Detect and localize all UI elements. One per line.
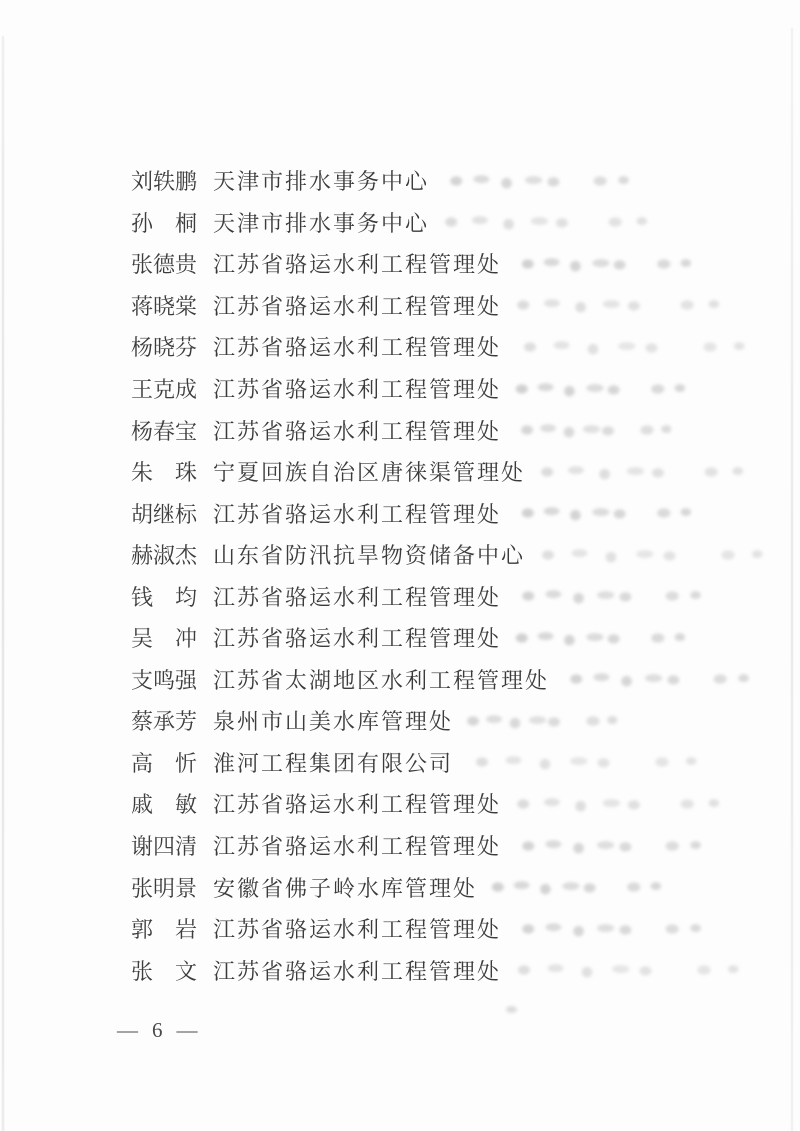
bleed-through-marks xyxy=(443,213,648,231)
person-org: 江苏省骆运水利工程管理处 xyxy=(213,373,501,404)
bleed-through-marks xyxy=(521,587,701,605)
roster-row: 王克成 江苏省骆运水利工程管理处 xyxy=(131,368,791,410)
bleed-through-marks xyxy=(449,172,629,190)
person-org: 江苏省骆运水利工程管理处 xyxy=(213,581,501,612)
bleed-through-marks xyxy=(491,878,661,896)
roster-row: 刘轶鹏 天津市排水事务中心 xyxy=(131,160,791,202)
bleed-through-marks xyxy=(569,670,749,688)
roster-row: 钱 均 江苏省骆运水利工程管理处 xyxy=(131,575,791,617)
person-name: 吴 冲 xyxy=(131,622,197,653)
person-name: 谢四清 xyxy=(131,830,197,861)
person-org: 宁夏回族自治区唐徕渠管理处 xyxy=(213,456,525,487)
bleed-through-marks xyxy=(521,504,691,522)
person-org: 山东省防汛抗旱物资储备中心 xyxy=(213,539,525,570)
scan-edge-right xyxy=(791,28,793,1131)
bleed-through-marks xyxy=(515,380,685,398)
roster-row: 郭 岩 江苏省骆运水利工程管理处 xyxy=(131,908,791,950)
footer-right-dash: — xyxy=(177,1018,198,1043)
bleed-through-marks xyxy=(515,629,685,647)
person-name: 胡继标 xyxy=(131,498,197,529)
roster-row: 杨春宝 江苏省骆运水利工程管理处 xyxy=(131,409,791,451)
person-org: 江苏省骆运水利工程管理处 xyxy=(213,622,501,653)
roster-row: 张明景 安徽省佛子岭水库管理处 xyxy=(131,866,791,908)
person-name: 赫淑杰 xyxy=(131,539,197,570)
roster-row: 杨晓芬 江苏省骆运水利工程管理处 xyxy=(131,326,791,368)
bleed-through-marks xyxy=(539,546,764,564)
roster-row: 孙 桐 天津市排水事务中心 xyxy=(131,202,791,244)
roster-row: 张 文 江苏省骆运水利工程管理处 xyxy=(131,949,791,991)
person-name: 张 文 xyxy=(131,955,197,986)
scan-edge-left xyxy=(2,36,4,1131)
person-org: 江苏省太湖地区水利工程管理处 xyxy=(213,664,549,695)
person-org: 江苏省骆运水利工程管理处 xyxy=(213,955,501,986)
person-name: 张明景 xyxy=(131,872,197,903)
page-number: 6 xyxy=(152,1018,163,1043)
document-page: 刘轶鹏 天津市排水事务中心 孙 桐 天津市排水事务中心 张德贵 江苏省骆运水利工… xyxy=(0,0,800,1131)
person-org: 江苏省骆运水利工程管理处 xyxy=(213,498,501,529)
person-name: 高 忻 xyxy=(131,747,197,778)
bleed-through-marks xyxy=(515,795,720,813)
person-org: 江苏省骆运水利工程管理处 xyxy=(213,913,501,944)
person-name: 支鸣强 xyxy=(131,664,197,695)
person-name: 杨晓芬 xyxy=(131,331,197,362)
page-footer: — 6 — xyxy=(117,1018,198,1043)
person-name: 郭 岩 xyxy=(131,913,197,944)
person-name: 刘轶鹏 xyxy=(131,165,197,196)
roster-row: 朱 珠 宁夏回族自治区唐徕渠管理处 xyxy=(131,451,791,493)
bleed-through-marks xyxy=(515,961,740,979)
person-name: 戚 敏 xyxy=(131,788,197,819)
footer-left-dash: — xyxy=(117,1018,138,1043)
roster-row: 赫淑杰 山东省防汛抗旱物资储备中心 xyxy=(131,534,791,576)
bleed-through-marks xyxy=(473,753,698,771)
bleed-through-marks xyxy=(521,920,701,938)
roster-row: 谢四清 江苏省骆运水利工程管理处 xyxy=(131,825,791,867)
person-name: 蒋晓棠 xyxy=(131,290,197,321)
bleed-through-marks xyxy=(467,712,617,730)
bleed-through-marks xyxy=(521,255,691,273)
person-name: 钱 均 xyxy=(131,581,197,612)
person-org: 江苏省骆运水利工程管理处 xyxy=(213,788,501,819)
roster-row: 支鸣强 江苏省太湖地区水利工程管理处 xyxy=(131,659,791,701)
person-org: 江苏省骆运水利工程管理处 xyxy=(213,331,501,362)
person-org: 淮河工程集团有限公司 xyxy=(213,747,453,778)
bleed-through-marks xyxy=(515,296,720,314)
person-name: 王克成 xyxy=(131,373,197,404)
bleed-through-marks xyxy=(521,837,701,855)
person-name: 蔡承芳 xyxy=(131,705,197,736)
person-org: 天津市排水事务中心 xyxy=(213,207,429,238)
bleed-through-marks xyxy=(521,421,671,439)
roster-row: 高 忻 淮河工程集团有限公司 xyxy=(131,742,791,784)
person-org: 江苏省骆运水利工程管理处 xyxy=(213,248,501,279)
bleed-through-marks xyxy=(539,463,744,481)
person-org: 安徽省佛子岭水库管理处 xyxy=(213,872,477,903)
person-name: 杨春宝 xyxy=(131,415,197,446)
roster-row: 胡继标 江苏省骆运水利工程管理处 xyxy=(131,492,791,534)
person-org: 泉州市山美水库管理处 xyxy=(213,705,453,736)
bleed-through-marks xyxy=(521,338,746,356)
person-org: 天津市排水事务中心 xyxy=(213,165,429,196)
scan-speck xyxy=(506,1006,517,1013)
roster-list: 刘轶鹏 天津市排水事务中心 孙 桐 天津市排水事务中心 张德贵 江苏省骆运水利工… xyxy=(131,160,791,991)
person-org: 江苏省骆运水利工程管理处 xyxy=(213,830,501,861)
person-name: 朱 珠 xyxy=(131,456,197,487)
person-name: 张德贵 xyxy=(131,248,197,279)
roster-row: 蔡承芳 泉州市山美水库管理处 xyxy=(131,700,791,742)
roster-row: 蒋晓棠 江苏省骆运水利工程管理处 xyxy=(131,285,791,327)
roster-row: 吴 冲 江苏省骆运水利工程管理处 xyxy=(131,617,791,659)
roster-row: 张德贵 江苏省骆运水利工程管理处 xyxy=(131,243,791,285)
person-org: 江苏省骆运水利工程管理处 xyxy=(213,415,501,446)
roster-row: 戚 敏 江苏省骆运水利工程管理处 xyxy=(131,783,791,825)
person-name: 孙 桐 xyxy=(131,207,197,238)
person-org: 江苏省骆运水利工程管理处 xyxy=(213,290,501,321)
